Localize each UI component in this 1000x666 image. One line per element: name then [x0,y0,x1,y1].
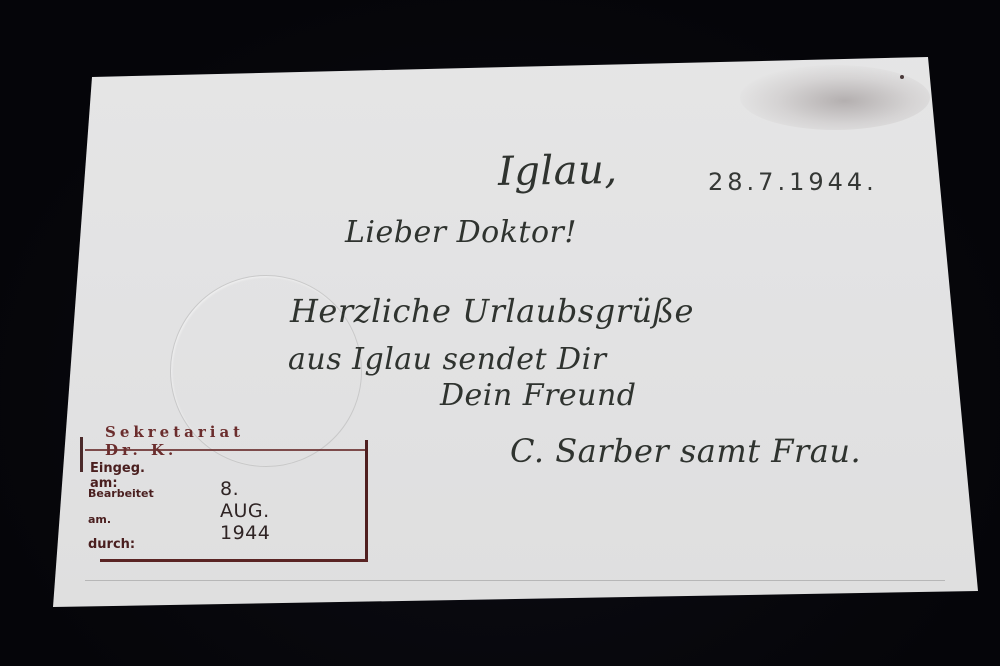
stamp-border-top [85,449,367,451]
stamp-border-bottom [100,559,368,562]
faint-rule [85,580,945,581]
stamp-border-right [365,440,368,560]
signature: C. Sarber samt Frau. [510,432,861,470]
stamp-title: Sekretariat Dr. K. [105,423,244,459]
stamp-by-label: durch: [88,537,135,552]
letter-date: 28.7.1944. [708,168,878,196]
ink-dot [900,75,904,79]
stamp-received-date: 8. AUG. 1944 [220,478,270,544]
salutation: Lieber Doktor! [345,215,577,250]
stamp-on-label: am. [88,513,111,526]
place-name: Iglau, [498,147,618,195]
stamp-processed-label: Bearbeitet [88,487,154,500]
postcard: Iglau, 28.7.1944. Lieber Doktor! Herzlic… [0,0,1000,666]
body-line: Herzliche Urlaubsgrüße [290,292,694,330]
body-line: aus Iglau sendet Dir [288,342,607,377]
body-line: Dein Freund [440,378,637,413]
stamp-border-left [80,437,83,472]
